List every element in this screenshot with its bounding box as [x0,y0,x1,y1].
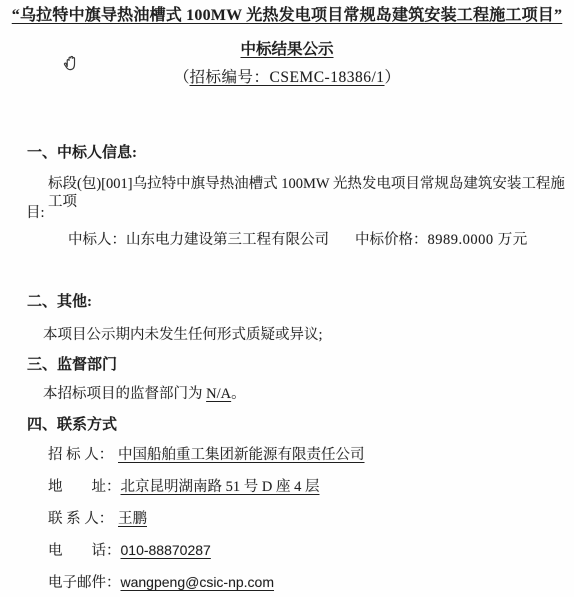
document-title: “乌拉特中旗导热油槽式 100MW 光热发电项目常规岛建筑安装工程施工项目” [0,6,574,26]
price-label: 中标价格： [355,232,428,248]
winner-name: 山东电力建设第三工程有限公司 [126,232,329,248]
section-2-body: 本项目公示期内未发生任何形式质疑或异议; [43,326,323,344]
supervision-value: N/A [206,386,231,402]
winner-label: 中标人： [68,232,126,248]
section-1-heading: 一、中标人信息: [27,144,137,163]
section-2-heading: 二、其他: [27,293,92,312]
phone-value: 010-88870287 [121,542,211,558]
tender-number: 招标编号：CSEMC-18386/1 [189,69,384,86]
address-label: 地 址： [48,478,121,496]
contact-person-value: 王鹏 [118,511,147,527]
lot-description-line-2: 目: [26,204,45,222]
scanned-document-page: “乌拉特中旗导热油槽式 100MW 光热发电项目常规岛建筑安装工程施工项目” 中… [0,0,574,597]
email-label: 电子邮件： [48,574,121,592]
lot-description-line-1: 标段(包)[001]乌拉特中旗导热油槽式 100MW 光热发电项目常规岛建筑安装… [48,175,574,211]
tenderer-label: 招 标 人： [48,446,118,464]
document-subtitle-text: 中标结果公示 [240,41,333,58]
email-value: wangpeng@csic-np.com [121,574,275,590]
contact-row-contact-person: 联 系 人：王鹏 [48,510,147,528]
address-value: 北京昆明湖南路 51 号 D 座 4 层 [121,479,320,495]
supervision-prefix: 本招标项目的监督部门为 [43,386,206,402]
tender-number-close-paren: ） [385,69,401,86]
tenderer-value: 中国船舶重工集团新能源有限责任公司 [118,447,365,463]
document-subtitle: 中标结果公示 [0,40,574,59]
tender-number-open-paren: （ [174,69,190,86]
section-3-heading: 三、监督部门 [27,356,117,375]
phone-label: 电 话： [48,542,121,560]
contact-person-label: 联 系 人： [48,510,118,528]
section-3-body: 本招标项目的监督部门为 N/A。 [43,385,246,403]
contact-row-email: 电子邮件：wangpeng@csic-np.com [48,574,274,592]
contact-row-address: 地 址：北京昆明湖南路 51 号 D 座 4 层 [48,478,319,496]
tender-number-line: （招标编号：CSEMC-18386/1） [0,68,574,87]
winner-line: 中标人：山东电力建设第三工程有限公司 [68,231,329,249]
supervision-suffix: 。 [231,386,246,402]
price-line: 中标价格：8989.0000 万元 [355,231,528,249]
hand-grab-cursor-icon [58,49,84,77]
contact-row-phone: 电 话：010-88870287 [48,542,211,560]
document-title-text: “乌拉特中旗导热油槽式 100MW 光热发电项目常规岛建筑安装工程施工项目” [12,7,562,24]
contact-row-tenderer: 招 标 人：中国船舶重工集团新能源有限责任公司 [48,446,365,464]
section-4-heading: 四、联系方式 [27,416,117,435]
price-value: 8989.0000 万元 [428,232,528,248]
